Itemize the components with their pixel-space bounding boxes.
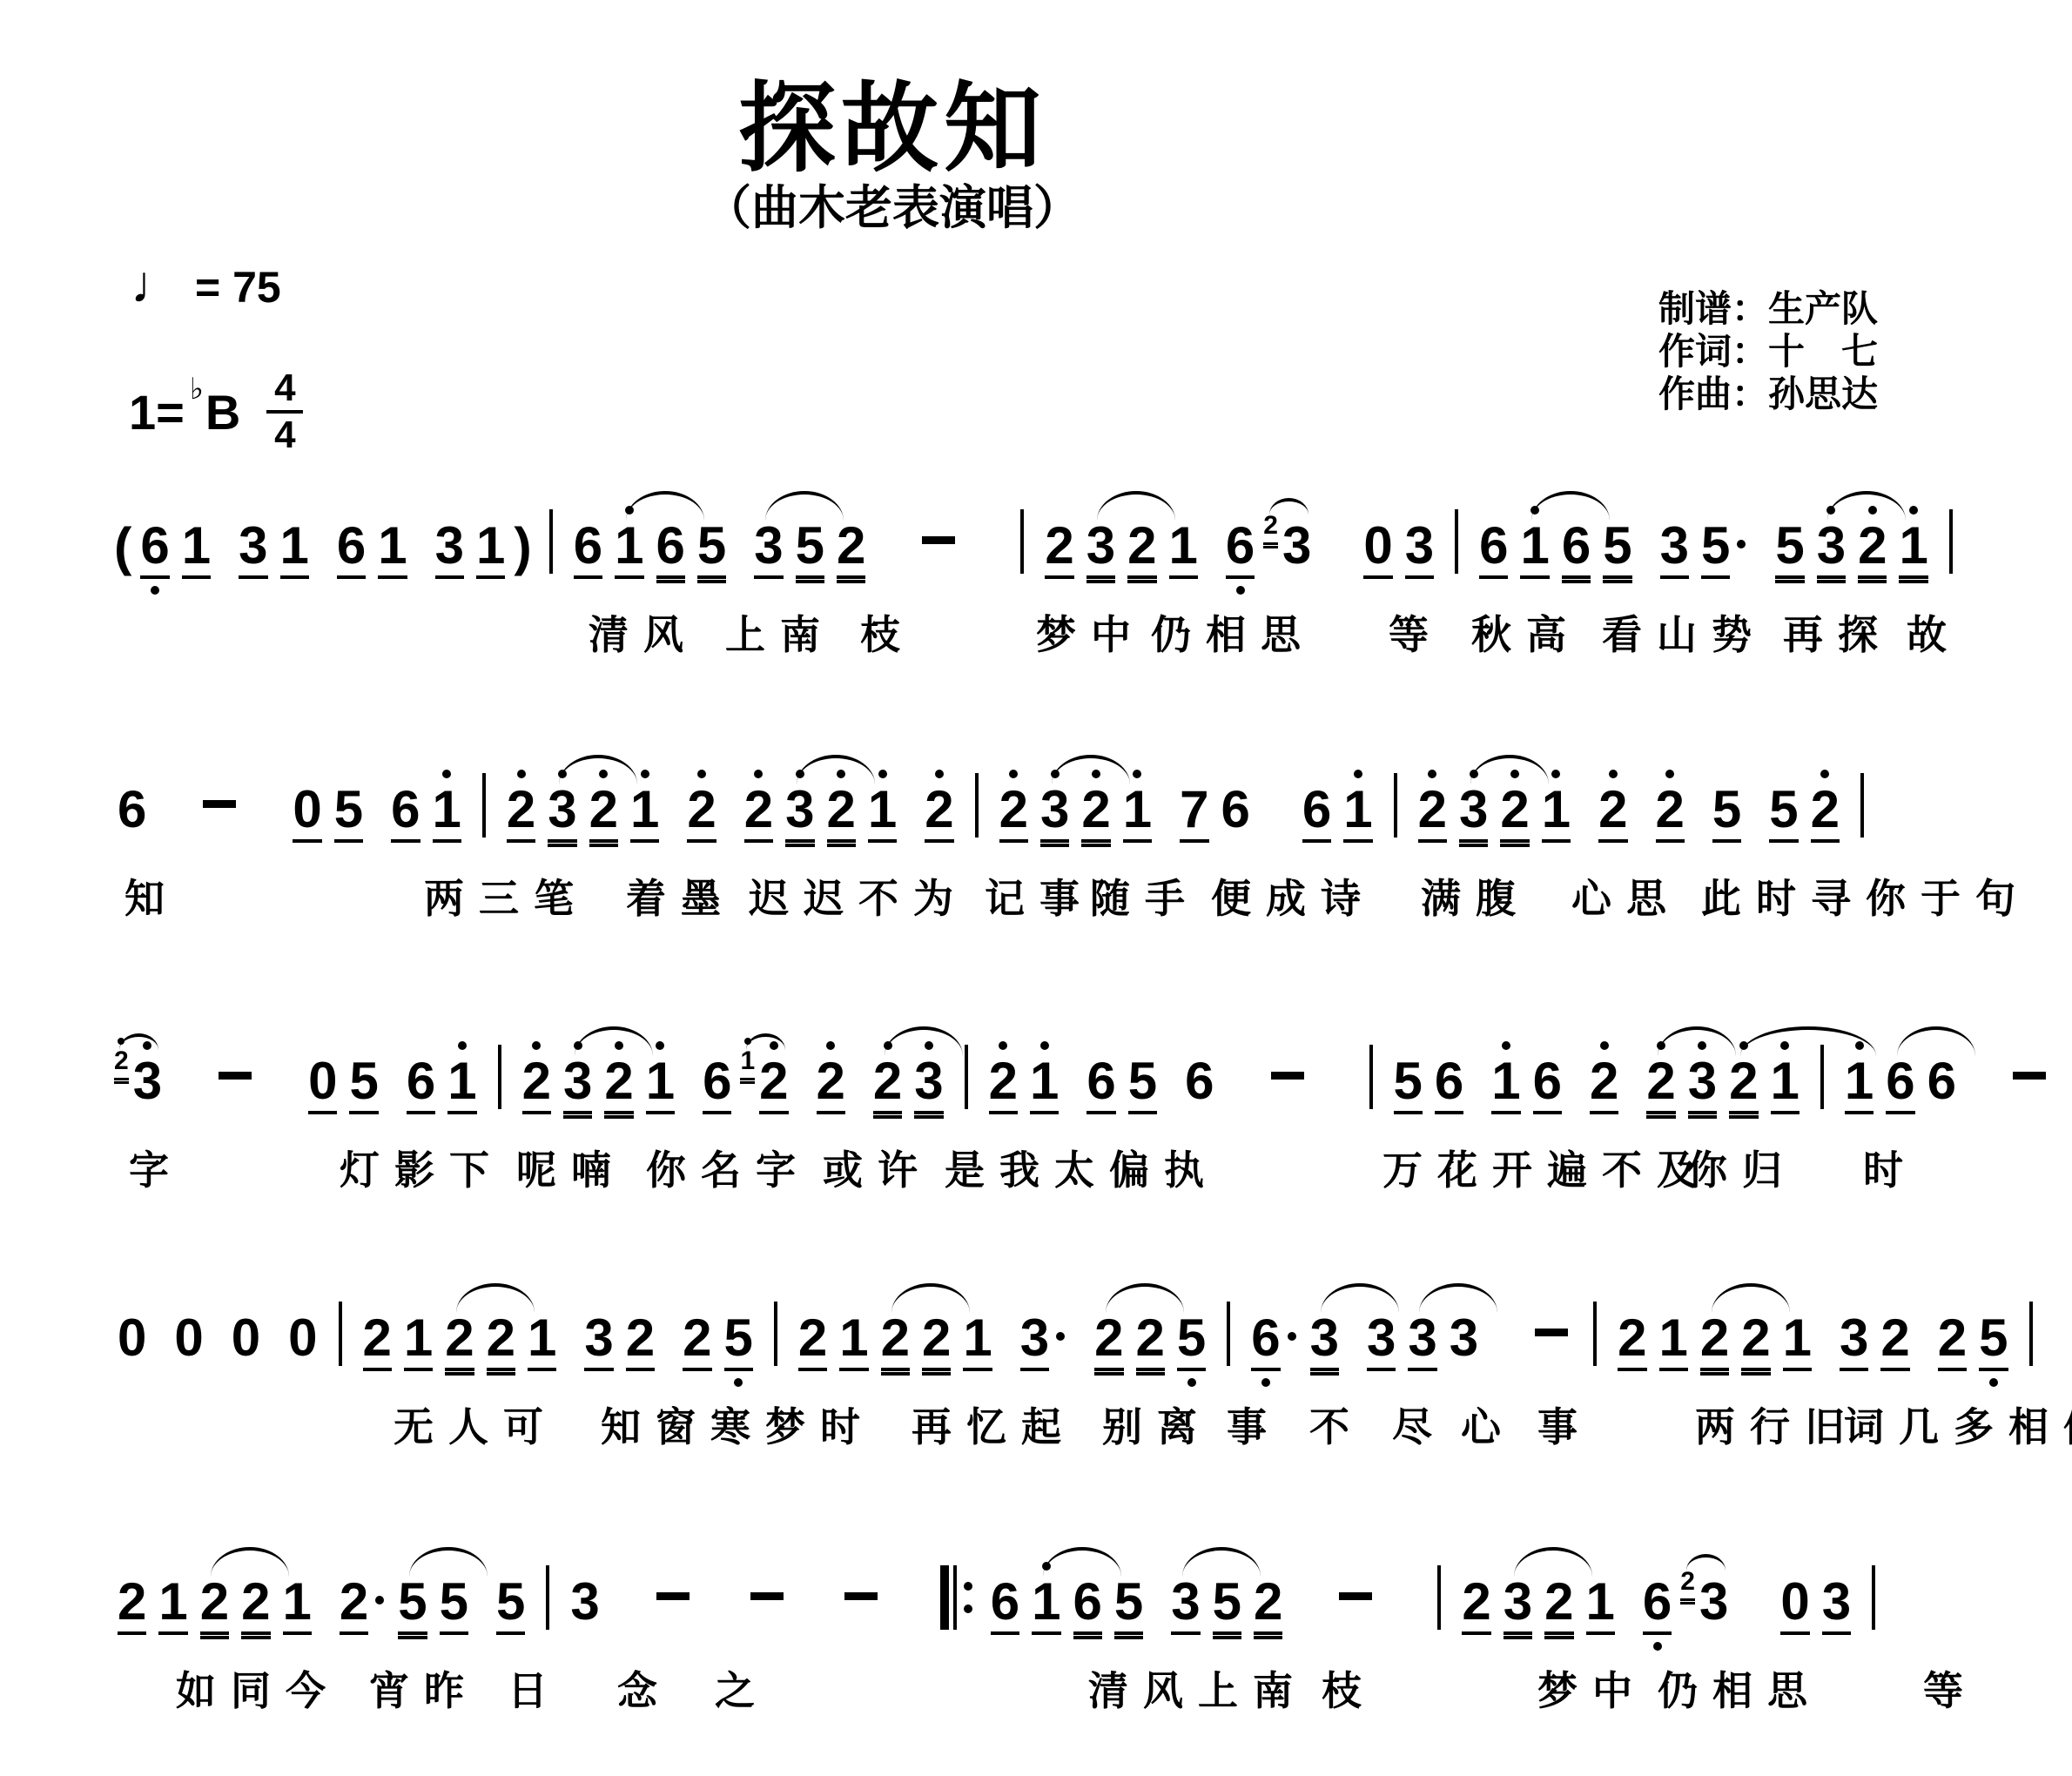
key-signature: 1=♭B 4 4: [129, 369, 303, 454]
note-digit: 1: [476, 516, 505, 575]
note-digit: 2: [1590, 1052, 1618, 1110]
note-digit: 5: [796, 516, 824, 575]
duration-dash: [203, 800, 236, 808]
octave-dot-above: [1502, 1041, 1510, 1050]
note-token: 2: [1646, 1055, 1675, 1114]
note-token: 2: [798, 1312, 827, 1371]
note-digit: 2: [1263, 511, 1278, 540]
note-digit: 5: [496, 1572, 525, 1631]
note-digit: 3: [754, 516, 783, 575]
note-digit: 1: [1343, 780, 1372, 838]
note-digit: 3: [584, 1308, 613, 1367]
barline: [498, 1045, 501, 1109]
notation-system: (61316131)61653522321623036165355321清风上南…: [0, 509, 2072, 579]
note-token: 6: [1927, 1055, 1956, 1107]
note-token: 0: [232, 1312, 260, 1364]
octave-dot-above: [517, 770, 526, 778]
repeat-thick-bar: [940, 1565, 949, 1630]
note-digit: 5: [724, 1308, 753, 1367]
note-digit: 2: [1462, 1572, 1490, 1631]
note-digit: 0: [308, 1052, 337, 1110]
barline: [1394, 773, 1397, 838]
note-token: 5: [1979, 1312, 2008, 1371]
barline: [1369, 1045, 1373, 1109]
note-token: 3: [548, 784, 576, 843]
lyric-group: 记事: [985, 867, 1094, 925]
duration-dash: [219, 1072, 252, 1080]
repeat-dots: [964, 1565, 972, 1630]
octave-dot-below: [1261, 1378, 1270, 1387]
note-token: 2: [1254, 1576, 1282, 1635]
note-digit: 6: [656, 516, 685, 575]
note-token: 1: [433, 784, 461, 843]
note-digit: 2: [1656, 780, 1685, 838]
lyric-group: 着墨: [626, 867, 736, 925]
note-digit: 2: [798, 1308, 827, 1367]
lyrics-row: 如同今宵昨日念之清风上南枝梦中仍相思等: [0, 1659, 2072, 1712]
lyric-group: 仍相思: [1151, 603, 1315, 661]
note-token: 1: [1659, 1312, 1688, 1371]
note-digit: 1: [646, 1052, 675, 1110]
note-token: 6: [1533, 1055, 1562, 1114]
note-digit: 5: [1979, 1308, 2008, 1367]
note-token: 3: [239, 520, 267, 579]
note-digit: 6: [1562, 516, 1591, 575]
slur-arc: [746, 1033, 785, 1050]
duration-dash: [844, 1592, 878, 1600]
parenthesis: (: [114, 517, 131, 576]
note-digit: 1: [615, 516, 643, 575]
repeat-dot: [964, 1582, 972, 1591]
note-digit: 1: [630, 780, 659, 838]
note-token: 2: [1938, 1312, 1967, 1371]
time-signature: 4 4: [266, 369, 303, 454]
octave-dot-above: [1009, 770, 1018, 778]
note-token: 3: [1822, 1576, 1851, 1635]
lyric-group: 呢喃: [516, 1139, 626, 1196]
note-token: 6: [391, 784, 420, 843]
note-token: 6: [118, 784, 146, 836]
note-digit: 1: [1542, 780, 1571, 838]
note-digit: 5: [1177, 1308, 1206, 1367]
note-token: 7: [1180, 784, 1208, 843]
lyric-group: 事: [1227, 1396, 1282, 1453]
octave-dot-above: [458, 1041, 467, 1050]
note-digit: 6: [1226, 516, 1255, 575]
notation-system: 230561232161222321656561622321166字灯影下呢喃你…: [0, 1045, 2072, 1114]
lyric-group: 等: [1389, 603, 1443, 661]
lyric-group: 便成诗: [1211, 867, 1376, 925]
lyric-group: 再探: [1783, 603, 1893, 661]
lyrics-row: 无人可知窗寒梦时再忆起别离事不尽心事两行旧词几多相似: [0, 1396, 2072, 1448]
note-digit: 3: [1405, 516, 1434, 575]
note-digit: 2: [522, 1052, 551, 1110]
note-digit: 2: [1544, 1572, 1573, 1631]
note-digit: 2: [1500, 780, 1529, 838]
note-token: 2: [687, 784, 716, 843]
duration-dash: [1271, 1072, 1304, 1080]
note-digit: 6: [1643, 1572, 1672, 1631]
note-digit: 6: [1221, 780, 1250, 838]
note-digit: 2: [1729, 1052, 1758, 1110]
note-digit: 6: [1435, 1052, 1463, 1110]
note-digit: 5: [398, 1572, 427, 1631]
note-token: 5: [796, 520, 824, 579]
note-token: 2: [487, 1312, 515, 1371]
note-token: 6: [337, 520, 366, 579]
note-token: 1: [378, 520, 407, 579]
note-digit: 7: [1180, 780, 1208, 838]
notation-system: 000021221322521221322563333212213225无人可知…: [0, 1302, 2072, 1371]
note-digit: 5: [1128, 1052, 1157, 1110]
note-digit: 6: [703, 1052, 731, 1110]
lyric-group: 事: [1537, 1396, 1592, 1453]
barline: [1020, 509, 1024, 574]
note-digit: 2: [1646, 1052, 1675, 1110]
note-digit: 5: [1213, 1572, 1241, 1631]
note-digit: 3: [1459, 780, 1488, 838]
note-token: 5: [440, 1576, 468, 1635]
duration-dash: [750, 1592, 784, 1600]
note-token: 2: [1618, 1312, 1646, 1371]
note-digit: 2: [445, 1308, 474, 1367]
meter-denominator: 4: [274, 416, 295, 454]
note-digit: 5: [334, 780, 363, 838]
octave-dot-below: [1236, 586, 1245, 595]
note-token: 5: [334, 784, 363, 843]
notes-row: 230561232161222321656561622321166: [0, 1045, 2072, 1114]
note-token: 3: [1310, 1312, 1339, 1371]
lyric-group: 如同今: [176, 1659, 340, 1717]
note-digit: 1: [280, 516, 309, 575]
note-digit: 2: [589, 780, 618, 838]
barline: [482, 773, 486, 838]
note-token: 3: [754, 520, 783, 579]
notes-row: (61316131)61653522321623036165355321: [0, 509, 2072, 579]
note-token: 2: [1590, 1055, 1618, 1114]
octave-dot-below: [151, 586, 159, 595]
note-token: 2: [759, 1055, 788, 1114]
repeat-dot: [964, 1604, 972, 1613]
note-digit: 2: [1880, 1308, 1909, 1367]
note-token: 6: [1562, 520, 1591, 579]
grace-note-token: 2: [114, 1048, 129, 1080]
barline: [1227, 1302, 1230, 1366]
octave-dot-above: [615, 1041, 623, 1050]
note-token: 6: [140, 520, 169, 579]
note-digit: 3: [563, 1052, 592, 1110]
note-digit: 2: [1700, 1308, 1729, 1367]
barline: [549, 509, 553, 574]
note-digit: 6: [991, 1572, 1019, 1631]
note-digit: 3: [1817, 516, 1846, 575]
octave-dot-above: [1609, 770, 1618, 778]
note-token: 6: [574, 520, 602, 579]
quarter-note-icon: ♩: [131, 255, 183, 313]
note-digit: 1: [283, 1572, 312, 1631]
note-token: 1: [528, 1312, 556, 1371]
octave-dot-above: [697, 770, 706, 778]
note-digit: 6: [391, 780, 420, 838]
note-token: 1: [615, 520, 643, 579]
note-token: 5: [1769, 784, 1798, 843]
note-token: 2: [1858, 520, 1887, 579]
notes-row: 21221255536165352232162303: [0, 1565, 2072, 1635]
note-digit: 2: [837, 516, 865, 575]
note-token: 2: [922, 1312, 951, 1371]
note-digit: 1: [182, 516, 211, 575]
note-token: 0: [1780, 1576, 1809, 1635]
note-digit: 3: [1086, 516, 1115, 575]
notation-system: 21221255536165352232162303如同今宵昨日念之清风上南枝梦…: [0, 1565, 2072, 1635]
note-token: 5: [349, 1055, 378, 1114]
note-token: 6: [991, 1576, 1019, 1635]
note-digit: 1: [1845, 1052, 1874, 1110]
duration-dash: [1339, 1592, 1372, 1600]
lyric-group: 宵昨: [369, 1659, 479, 1717]
note-token: 5: [1213, 1576, 1241, 1635]
note-token: 1: [1343, 784, 1372, 843]
lyric-group: 万花开遍不及: [1382, 1139, 1712, 1196]
note-token: 3: [563, 1055, 592, 1114]
note-digit: 3: [1171, 1572, 1200, 1631]
octave-dot-above: [935, 770, 944, 778]
note-digit: 0: [1780, 1572, 1809, 1631]
lyric-group: 此时寻你于句: [1701, 867, 2030, 925]
note-digit: 0: [293, 780, 321, 838]
note-digit: 3: [1688, 1052, 1717, 1110]
note-digit: 2: [604, 1052, 633, 1110]
note-token: 2: [1700, 1312, 1729, 1371]
note-digit: 1: [1123, 780, 1152, 838]
note-digit: 1: [447, 1052, 476, 1110]
note-token: 6: [1479, 520, 1508, 579]
note-digit: 5: [1775, 516, 1804, 575]
note-digit: 2: [817, 1052, 845, 1110]
note-digit: 0: [174, 1308, 203, 1367]
duration-dash: [2013, 1072, 2046, 1080]
note-digit: 1: [1586, 1572, 1615, 1631]
note-digit: 5: [1603, 516, 1631, 575]
note-digit: 2: [118, 1572, 146, 1631]
note-digit: 5: [1769, 780, 1798, 838]
note-digit: 1: [839, 1308, 868, 1367]
note-digit: 2: [1938, 1308, 1967, 1367]
note-digit: 2: [925, 780, 953, 838]
note-token: 6: [1086, 1055, 1115, 1114]
note-digit: 3: [1408, 1308, 1436, 1367]
lyric-group: 上南: [725, 603, 835, 661]
note-digit: 5: [697, 516, 726, 575]
note-digit: 2: [881, 1308, 910, 1367]
note-digit: 5: [1114, 1572, 1143, 1631]
lyric-group: 两三笔: [424, 867, 589, 925]
note-token: 2: [118, 1576, 146, 1635]
barline: [774, 1302, 777, 1366]
note-token: 5: [1177, 1312, 1206, 1371]
barline: [1949, 509, 1953, 574]
note-digit: 1: [1783, 1308, 1812, 1367]
octave-dot-above: [878, 770, 887, 778]
note-digit: 3: [1822, 1572, 1851, 1631]
note-digit: 2: [873, 1052, 902, 1110]
meter-numerator: 4: [274, 369, 295, 407]
note-digit: 2: [1254, 1572, 1282, 1631]
note-token: 2: [1418, 784, 1447, 843]
note-digit: 2: [922, 1308, 951, 1367]
lyric-group: 看山势: [1602, 603, 1766, 661]
note-token: 1: [1491, 1055, 1520, 1114]
barline: [339, 1302, 342, 1366]
tempo-value: = 75: [195, 263, 281, 312]
note-token: 2: [989, 1055, 1018, 1114]
note-digit: 3: [1840, 1308, 1868, 1367]
octave-dot-above: [1510, 770, 1519, 778]
note-digit: 2: [999, 780, 1028, 838]
note-token: 5: [1712, 784, 1741, 843]
note-token: 2: [1811, 784, 1840, 843]
lyric-group: 故: [1907, 603, 1961, 661]
note-token: 2: [683, 1312, 711, 1371]
note-digit: 0: [232, 1308, 260, 1367]
note-token: 1: [630, 784, 659, 843]
note-token: 2: [1462, 1576, 1490, 1635]
note-digit: 1: [1659, 1308, 1688, 1367]
note-token: 2: [1656, 784, 1685, 843]
note-token: 1: [1032, 1576, 1060, 1635]
lyric-group: 迟迟不为: [749, 867, 968, 925]
note-token: 1: [280, 520, 309, 579]
note-token: 2: [881, 1312, 910, 1371]
note-token: 2: [589, 784, 618, 843]
grace-note-token: 2: [1680, 1569, 1695, 1601]
note-digit: 3: [1450, 1308, 1478, 1367]
lyric-group: 你名字: [646, 1139, 811, 1196]
octave-dot-above: [770, 1041, 778, 1050]
note-token: 5: [1775, 520, 1804, 579]
credits-block: 制谱：生产队作词：十 七作曲：孙思达: [1658, 287, 1878, 415]
note-digit: 3: [1504, 1572, 1532, 1631]
octave-dot-below: [1989, 1378, 1998, 1387]
note-digit: 2: [363, 1308, 392, 1367]
duration-dash: [1535, 1329, 1568, 1336]
note-digit: 1: [1032, 1572, 1060, 1631]
note-token: 6: [1251, 1312, 1280, 1371]
note-token: 6: [1073, 1576, 1102, 1635]
note-digit: 1: [963, 1308, 992, 1367]
note-digit: 6: [407, 1052, 435, 1110]
note-token: 3: [1840, 1312, 1868, 1371]
lyric-group: 枝: [860, 603, 915, 661]
lyric-group: 或许: [823, 1139, 932, 1196]
note-token: 3: [1020, 1312, 1049, 1371]
note-digit: 6: [574, 516, 602, 575]
note-token: 1: [1169, 520, 1198, 579]
note-token: 2: [873, 1055, 902, 1114]
note-token: 2: [340, 1576, 368, 1635]
octave-dot-above: [1600, 1041, 1609, 1050]
lyric-group: 你归: [1687, 1139, 1797, 1196]
note-token: 1: [447, 1055, 476, 1114]
note-digit: 2: [114, 1046, 129, 1075]
key-tonic: B: [205, 384, 240, 441]
note-token: 5: [1701, 520, 1730, 579]
note-digit: 6: [1302, 780, 1331, 838]
note-token: 1: [476, 520, 505, 579]
note-token: 5: [1603, 520, 1631, 579]
note-token: 0: [174, 1312, 203, 1364]
note-token: 6: [656, 520, 685, 579]
note-digit: 6: [1886, 1052, 1914, 1110]
lyric-group: 心: [1461, 1396, 1516, 1453]
augmentation-dot: [1288, 1332, 1296, 1341]
lyric-group: 两行旧: [1695, 1396, 1860, 1453]
key-prefix: 1=: [129, 384, 185, 441]
slur-arc: [1269, 498, 1308, 515]
note-digit: 5: [1712, 780, 1741, 838]
note-digit: 2: [1418, 780, 1447, 838]
note-digit: 2: [507, 780, 535, 838]
duration-dash: [922, 536, 955, 544]
note-token: 1: [182, 520, 211, 579]
credit-arranger: 制谱：生产队: [1658, 287, 1878, 330]
lyric-group: 是我太偏执: [945, 1139, 1219, 1196]
note-digit: 2: [340, 1572, 368, 1631]
note-digit: 6: [1251, 1308, 1280, 1367]
note-token: 2: [1500, 784, 1529, 843]
note-token: 0: [1363, 520, 1392, 579]
note-digit: 3: [785, 780, 814, 838]
lyric-group: 清风: [1088, 1659, 1198, 1717]
note-digit: 6: [1185, 1052, 1214, 1110]
note-token: 5: [398, 1576, 427, 1635]
note-digit: 5: [1701, 516, 1730, 575]
notes-row: 000021221322521221322563333212213225: [0, 1302, 2072, 1371]
octave-dot-above: [1551, 770, 1560, 778]
note-digit: 3: [239, 516, 267, 575]
note-token: 2: [1729, 1055, 1758, 1114]
octave-dot-below: [1653, 1642, 1662, 1651]
note-token: 0: [118, 1312, 146, 1364]
note-token: 3: [1367, 1312, 1396, 1371]
grace-note-token: 2: [1263, 513, 1278, 545]
note-token: 6: [1643, 1576, 1672, 1635]
note-token: 3: [1405, 520, 1434, 579]
flat-accidental-icon: ♭: [190, 372, 204, 407]
note-digit: 2: [827, 780, 856, 838]
lyric-group: 梦中: [1036, 603, 1146, 661]
note-token: 1: [158, 1576, 187, 1635]
note-digit: 2: [1811, 780, 1840, 838]
note-digit: 6: [1073, 1572, 1102, 1631]
note-token: 2: [445, 1312, 474, 1371]
lyrics-row: 知两三笔着墨迟迟不为记事随手便成诗满腹心思此时寻你于句: [0, 867, 2072, 919]
lyric-group: 秋高: [1471, 603, 1581, 661]
note-token: 3: [570, 1576, 599, 1628]
lyric-group: 之: [715, 1659, 770, 1717]
barline: [2029, 1302, 2033, 1366]
note-token: 0: [293, 784, 321, 843]
octave-dot-above: [826, 1041, 835, 1050]
augmentation-dot: [375, 1596, 384, 1604]
lyric-group: 时: [1863, 1139, 1918, 1196]
note-token: 5: [1394, 1055, 1423, 1114]
note-digit: 2: [200, 1572, 229, 1631]
note-token: 2: [744, 784, 773, 843]
note-digit: 2: [1680, 1567, 1695, 1596]
note-digit: 2: [626, 1308, 655, 1367]
augmentation-dot: [1056, 1332, 1065, 1341]
